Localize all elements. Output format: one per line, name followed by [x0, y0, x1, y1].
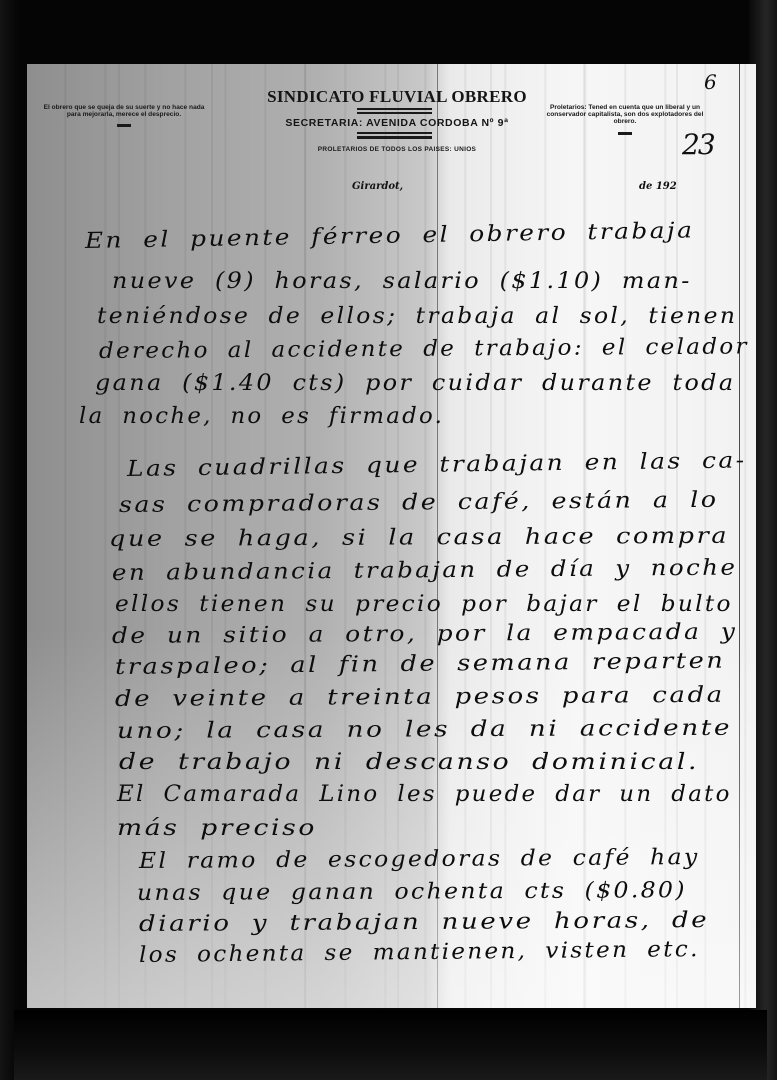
- address-rule: [357, 136, 432, 139]
- document-page: El obrero que se queja de su suerte y no…: [27, 64, 756, 1008]
- decorative-dash: [618, 132, 632, 135]
- page-number: 23: [682, 128, 714, 161]
- organization-name: SINDICATO FLUVIAL OBRERO: [237, 87, 557, 107]
- title-rule: [357, 112, 432, 114]
- organization-address: SECRETARIA: AVENIDA CORDOBA Nº 9ª: [232, 117, 562, 129]
- handwritten-line: más preciso: [117, 816, 317, 841]
- title-rule: [357, 108, 432, 110]
- handwritten-line: de veinte a treinta pesos para cada: [115, 683, 725, 712]
- address-rule: [357, 132, 432, 134]
- handwritten-line: nueve (9) horas, salario ($1.10) man-: [112, 269, 692, 294]
- handwritten-line: en abundancia trabajan de día y noche: [112, 556, 738, 586]
- handwritten-line: ellos tienen su precio por bajar el bult…: [115, 592, 733, 617]
- page-margin-line: [739, 64, 740, 1008]
- decorative-dash: [117, 124, 131, 127]
- handwritten-line: El Camarada Lino les puede dar un dato: [117, 782, 732, 807]
- letterhead: El obrero que se queja de su suerte y no…: [27, 64, 756, 174]
- handwritten-line: derecho al accidente de trabajo: el cela…: [99, 334, 749, 364]
- scan-bottom-shadow: [14, 1010, 767, 1080]
- handwritten-line: que se haga, si la casa hace compra: [109, 524, 729, 552]
- place-label: Girardot,: [352, 181, 403, 192]
- handwritten-line: unas que ganan ochenta cts ($0.80): [137, 878, 687, 906]
- handwritten-line: de trabajo ni descanso dominical.: [119, 750, 699, 775]
- left-quote-text: El obrero que se queja de su suerte y no…: [44, 104, 205, 118]
- right-quote-text: Proletarios: Tened en cuenta que un libe…: [547, 104, 704, 125]
- letterhead-left-quote: El obrero que se queja de su suerte y no…: [39, 104, 209, 127]
- organization-motto: PROLETARIOS DE TODOS LOS PAISES: UNIOS: [237, 146, 557, 153]
- handwritten-line: traspaleo; al fin de semana reparten: [115, 649, 726, 680]
- handwritten-line: teniéndose de ellos; trabaja al sol, tie…: [97, 304, 737, 329]
- handwritten-line: los ochenta se mantienen, visten etc.: [139, 937, 700, 968]
- handwritten-line: Las cuadrillas que trabajan en las ca-: [127, 448, 747, 482]
- handwritten-line: gana ($1.40 cts) por cuidar durante toda: [95, 371, 735, 396]
- folio-mark: 6: [704, 70, 717, 94]
- handwritten-line: El ramo de escogedoras de café hay: [139, 845, 700, 874]
- date-label: de 192: [639, 181, 677, 192]
- handwritten-line: En el puente férreo el obrero trabaja: [85, 218, 695, 254]
- handwritten-line: uno; la casa no les da ni accidente: [117, 716, 732, 744]
- handwritten-line: la noche, no es firmado.: [79, 404, 444, 429]
- handwritten-line: sas compradoras de café, están a lo: [119, 488, 719, 518]
- handwritten-line: de un sitio a otro, por la empacada y: [112, 620, 737, 649]
- handwritten-line: diario y trabajan nueve horas, de: [139, 908, 709, 937]
